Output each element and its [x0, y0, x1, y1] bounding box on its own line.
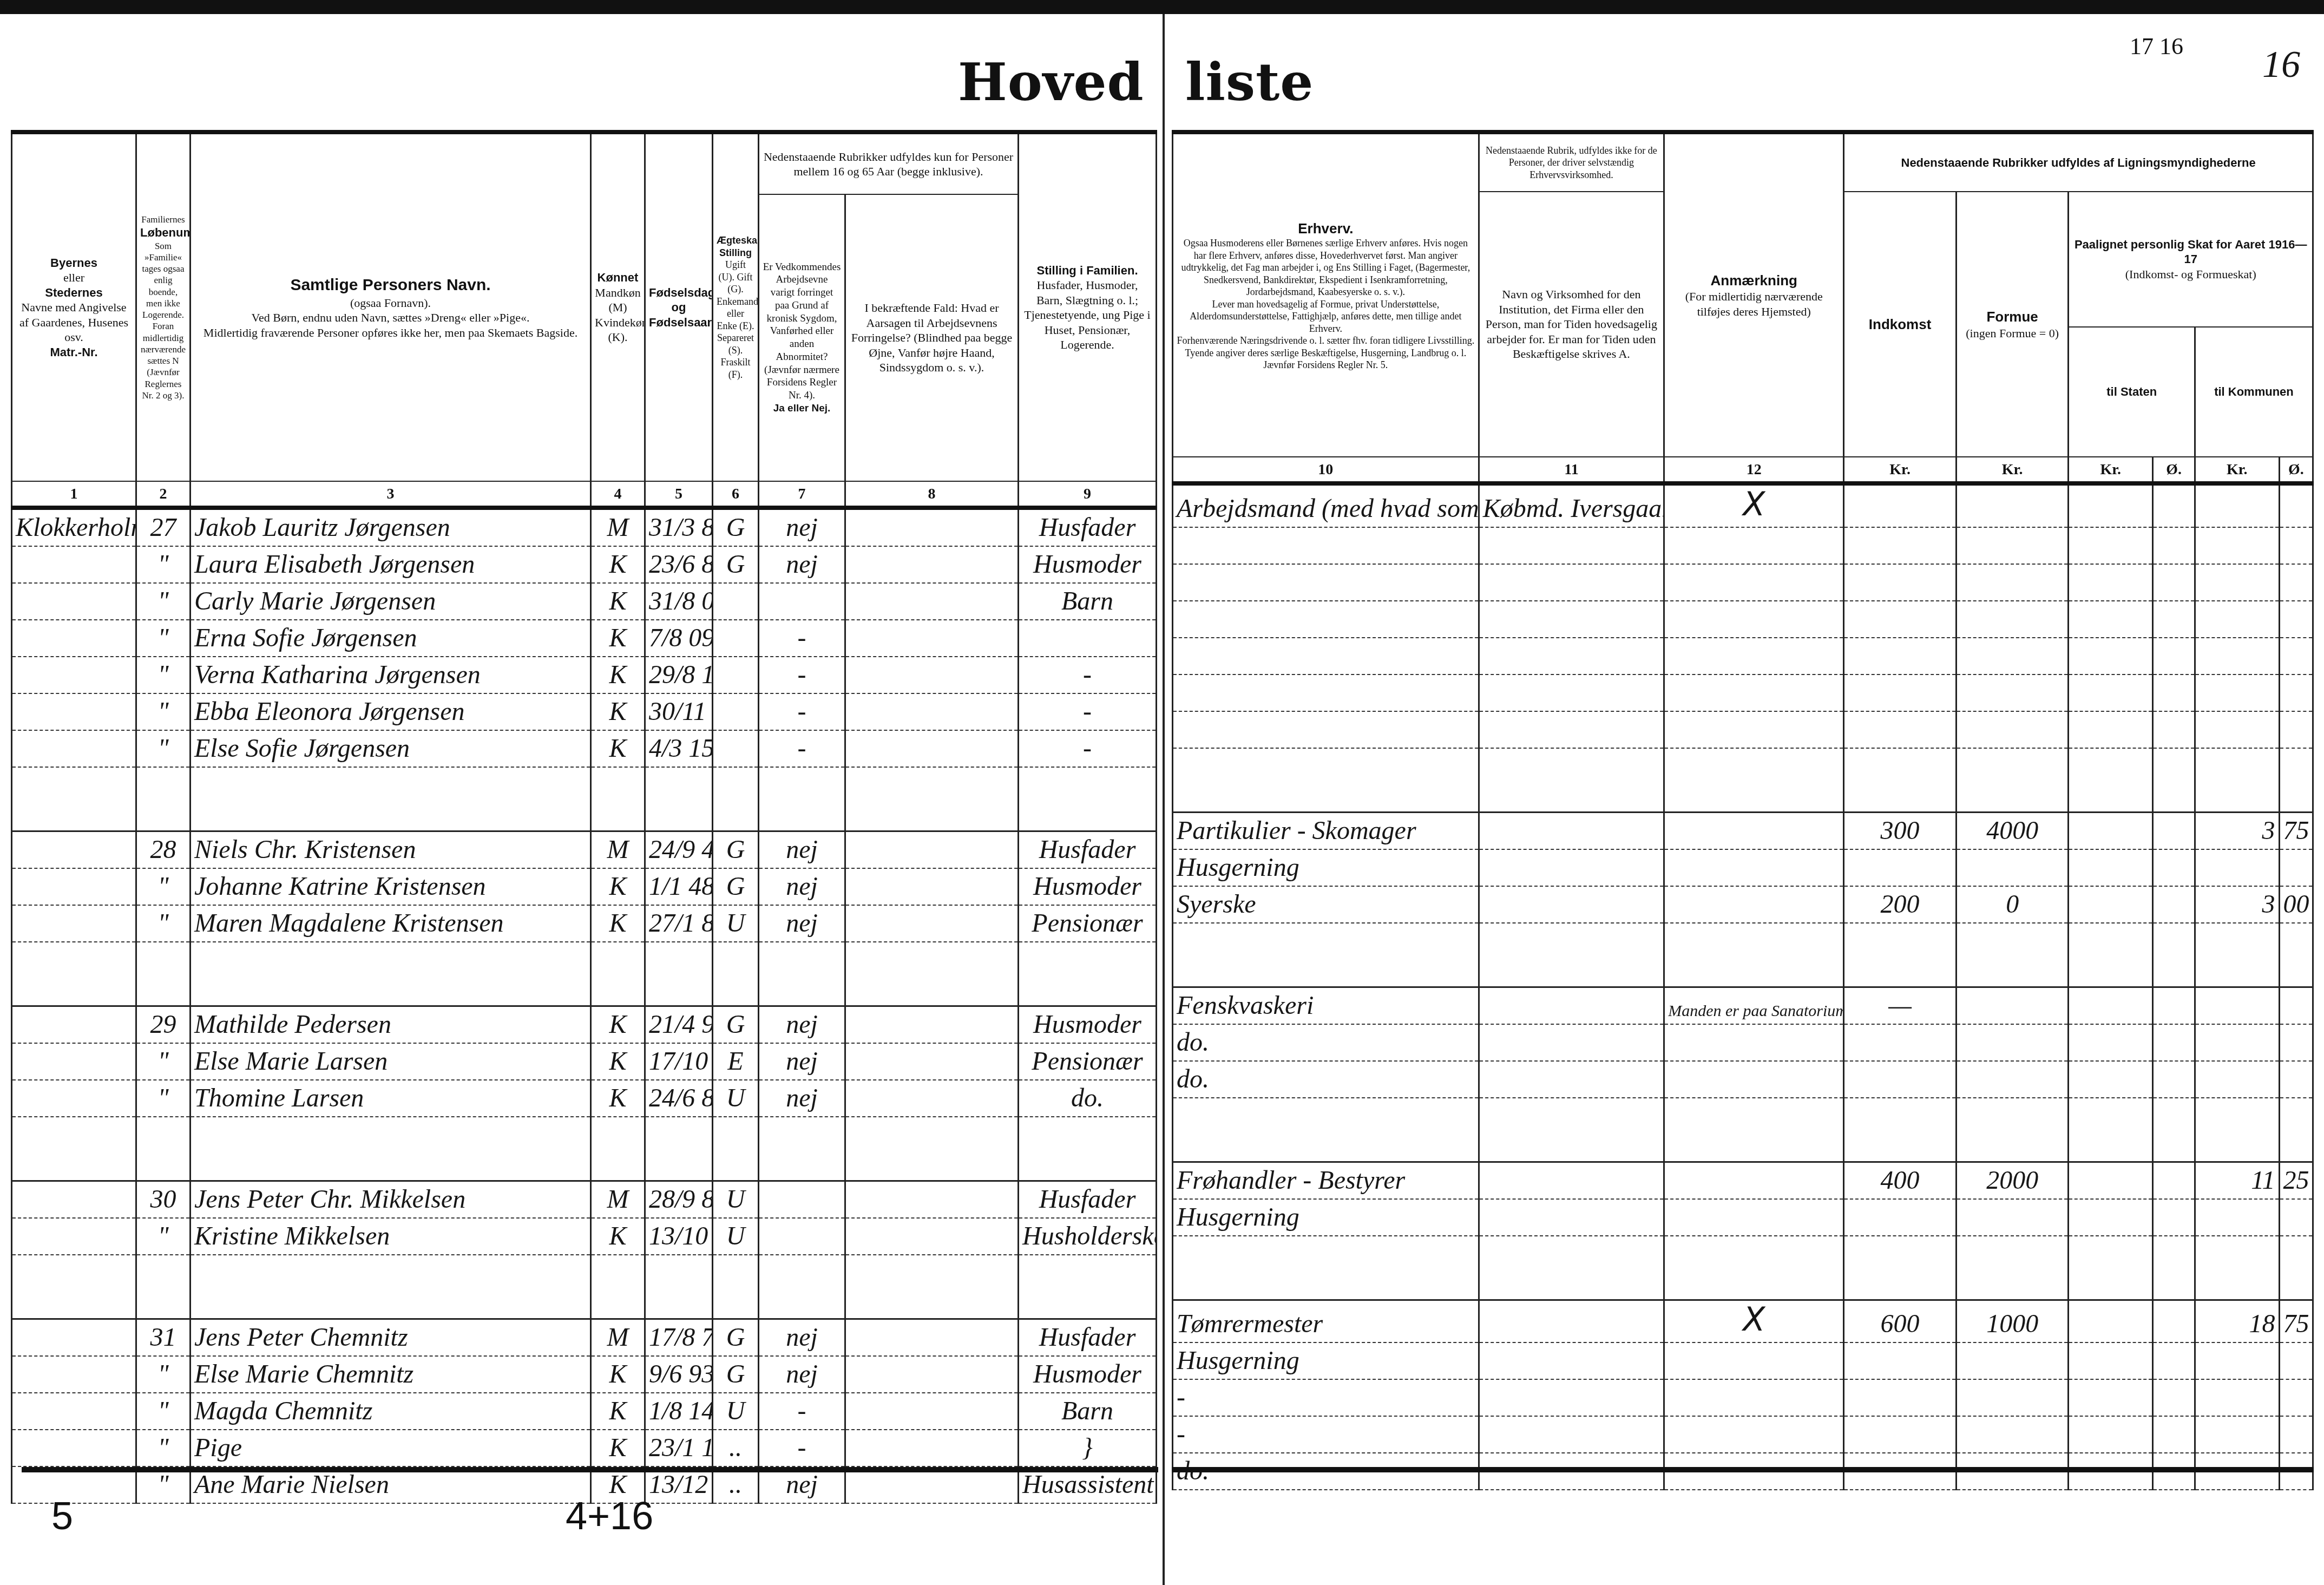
wealth-cell	[1956, 564, 2069, 601]
tax-state-ore-cell	[2153, 813, 2195, 850]
impairment-cause-cell	[845, 1393, 1019, 1430]
work-impaired-cell: -	[759, 657, 845, 693]
sex-cell: K	[591, 1043, 645, 1080]
wealth-cell: 0	[1956, 886, 2069, 923]
blank-cell	[845, 767, 1019, 831]
employer-cell	[1479, 674, 1664, 711]
name-cell: Maren Magdalene Kristensen	[191, 905, 591, 942]
place-cell	[12, 657, 136, 693]
family-number-cell: "	[136, 1218, 191, 1255]
tax-state-ore-cell	[2153, 483, 2195, 527]
tax-municipality-kr-cell	[2195, 674, 2279, 711]
blank-cell	[2195, 1236, 2279, 1300]
tax-state-ore-cell	[2153, 1024, 2195, 1061]
family-number-cell: "	[136, 1430, 191, 1466]
place-cell	[12, 1356, 136, 1393]
tax-state-kr-cell	[2069, 527, 2153, 564]
blank-cell	[136, 767, 191, 831]
birthdate-cell: 23/6 87	[645, 546, 713, 583]
column-number: 10	[1173, 457, 1479, 483]
blank-cell	[2069, 1236, 2153, 1300]
blank-cell	[1956, 1236, 2069, 1300]
tax-state-kr-cell	[2069, 483, 2153, 527]
income-cell	[1844, 527, 1957, 564]
occupation-cell: Arbejdsmand (med hvad som helst)	[1173, 483, 1479, 527]
family-position-cell: }	[1019, 1430, 1157, 1466]
tax-municipality-kr-cell	[2195, 527, 2279, 564]
table-row: do.	[1173, 1061, 2313, 1098]
occupation-cell: Frøhandler - Bestyrer	[1173, 1162, 1479, 1200]
unit-kr: Kr.	[2069, 457, 2153, 483]
employer-cell	[1479, 1300, 1664, 1343]
tax-municipality-ore-cell	[2279, 527, 2313, 564]
marital-status-cell	[713, 657, 759, 693]
tax-state-ore-cell	[2153, 886, 2195, 923]
impairment-cause-cell	[845, 620, 1019, 657]
remark-cell	[1664, 1379, 1844, 1416]
tax-state-ore-cell	[2153, 638, 2195, 674]
blank-cell	[136, 942, 191, 1006]
sex-cell: K	[591, 546, 645, 583]
place-cell	[12, 868, 136, 905]
wealth-cell	[1956, 1061, 2069, 1098]
header-tax-municipality: til Kommunen	[2195, 327, 2313, 457]
column-number: 8	[845, 481, 1019, 508]
table-row: "Erna Sofie JørgensenK7/8 09-	[12, 620, 1157, 657]
blank-cell	[2279, 923, 2313, 987]
marital-status-cell: U	[713, 1181, 759, 1219]
name-cell: Niels Chr. Kristensen	[191, 831, 591, 869]
tax-municipality-kr-cell	[2195, 1416, 2279, 1453]
occupation-cell	[1173, 527, 1479, 564]
blank-cell	[759, 942, 845, 1006]
blank-cell	[759, 1255, 845, 1319]
tax-municipality-ore-cell: 00	[2279, 886, 2313, 923]
family-position-cell: Pensionær	[1019, 905, 1157, 942]
tax-state-ore-cell	[2153, 1300, 2195, 1343]
tax-municipality-kr-cell: 3	[2195, 813, 2279, 850]
employer-cell	[1479, 1416, 1664, 1453]
income-cell	[1844, 564, 1957, 601]
tax-state-kr-cell	[2069, 1416, 2153, 1453]
work-impaired-cell	[759, 1218, 845, 1255]
table-row	[1173, 674, 2313, 711]
sex-cell: K	[591, 1006, 645, 1044]
blank-cell	[1664, 748, 1844, 813]
marital-status-cell: G	[713, 868, 759, 905]
family-number-cell: "	[136, 657, 191, 693]
birthdate-cell: 17/8 79	[645, 1319, 713, 1357]
tax-municipality-kr-cell	[2195, 1379, 2279, 1416]
blank-row	[1173, 1098, 2313, 1162]
occupation-cell: Husgerning	[1173, 1199, 1479, 1236]
birthdate-cell: 13/10 58	[645, 1218, 713, 1255]
blank-cell	[845, 1117, 1019, 1181]
tax-state-kr-cell	[2069, 987, 2153, 1025]
wealth-cell	[1956, 1342, 2069, 1379]
occupation-cell: do.	[1173, 1024, 1479, 1061]
blank-cell	[1019, 1117, 1157, 1181]
tax-municipality-kr-cell	[2195, 711, 2279, 748]
remark-cell: X	[1664, 483, 1844, 527]
employer-cell	[1479, 564, 1664, 601]
table-row: "Else Marie ChemnitzK9/6 93GnejHusmoder	[12, 1356, 1157, 1393]
blank-cell	[591, 1117, 645, 1181]
tax-municipality-kr-cell	[2195, 638, 2279, 674]
occupation-cell	[1173, 564, 1479, 601]
footer-sheet-number: 5	[51, 1494, 73, 1538]
header-place: Byernes eller Stedernes Navne med Angive…	[12, 132, 136, 481]
remark-cell	[1664, 886, 1844, 923]
tax-state-ore-cell	[2153, 527, 2195, 564]
table-row: TømrermesterX60010001875	[1173, 1300, 2313, 1343]
sex-cell: K	[591, 1430, 645, 1466]
place-cell	[12, 831, 136, 869]
blank-cell	[1019, 767, 1157, 831]
place-cell	[12, 693, 136, 730]
family-position-cell: -	[1019, 693, 1157, 730]
income-cell	[1844, 674, 1957, 711]
wealth-cell: 1000	[1956, 1300, 2069, 1343]
work-impaired-cell: nej	[759, 546, 845, 583]
income-cell: 300	[1844, 813, 1957, 850]
name-cell: Else Marie Chemnitz	[191, 1356, 591, 1393]
blank-cell	[845, 1255, 1019, 1319]
remark-cell	[1664, 638, 1844, 674]
blank-cell	[2153, 1098, 2195, 1162]
blank-cell	[759, 767, 845, 831]
impairment-cause-cell	[845, 1430, 1019, 1466]
tax-municipality-ore-cell	[2279, 1199, 2313, 1236]
place-cell	[12, 1393, 136, 1430]
income-cell	[1844, 601, 1957, 638]
family-number-cell: "	[136, 1356, 191, 1393]
income-cell: 200	[1844, 886, 1957, 923]
table-row	[1173, 711, 2313, 748]
blank-cell	[1479, 1236, 1664, 1300]
table-row: "Verna Katharina JørgensenK29/8 11--	[12, 657, 1157, 693]
tax-state-kr-cell	[2069, 813, 2153, 850]
unit-ore: Ø.	[2279, 457, 2313, 483]
blank-cell	[1479, 1098, 1664, 1162]
family-number-cell: 29	[136, 1006, 191, 1044]
occupation-cell: Syerske	[1173, 886, 1479, 923]
tax-municipality-kr-cell	[2195, 601, 2279, 638]
blank-cell	[591, 1255, 645, 1319]
impairment-cause-cell	[845, 1181, 1019, 1219]
place-cell	[12, 546, 136, 583]
income-cell	[1844, 1199, 1957, 1236]
remark-cell	[1664, 1162, 1844, 1200]
occupation-cell	[1173, 711, 1479, 748]
blank-cell	[2153, 923, 2195, 987]
family-number-cell: "	[136, 1080, 191, 1117]
employer-cell: Købmd. Iversgaard Klokkerholm	[1479, 483, 1664, 527]
work-impaired-cell	[759, 583, 845, 620]
place-cell	[12, 1043, 136, 1080]
marital-status-cell: U	[713, 1393, 759, 1430]
wealth-cell	[1956, 849, 2069, 886]
impairment-cause-cell	[845, 831, 1019, 869]
tax-state-ore-cell	[2153, 1061, 2195, 1098]
name-cell: Mathilde Pedersen	[191, 1006, 591, 1044]
remark-cell: Manden er paa Sanatorium	[1664, 987, 1844, 1025]
blank-cell	[713, 767, 759, 831]
marital-status-cell: U	[713, 1218, 759, 1255]
blank-cell	[2153, 1236, 2195, 1300]
marital-status-cell	[713, 693, 759, 730]
remark-cell	[1664, 1061, 1844, 1098]
birthdate-cell: 30/11 13	[645, 693, 713, 730]
table-row: "Else Marie LarsenK17/10 61EnejPensionær	[12, 1043, 1157, 1080]
wealth-cell	[1956, 1379, 2069, 1416]
sex-cell: K	[591, 620, 645, 657]
family-position-cell: Husmoder	[1019, 546, 1157, 583]
blank-cell	[1664, 923, 1844, 987]
wealth-cell	[1956, 1416, 2069, 1453]
employer-cell	[1479, 638, 1664, 674]
title-liste: liste	[1185, 51, 1314, 113]
blank-cell	[1479, 923, 1664, 987]
blank-cell	[12, 942, 136, 1006]
header-group-16-65: Nedenstaaende Rubrikker udfyldes kun for…	[759, 132, 1019, 194]
tax-municipality-ore-cell	[2279, 987, 2313, 1025]
blank-cell	[2195, 923, 2279, 987]
remark-cell	[1664, 674, 1844, 711]
family-number-cell: 30	[136, 1181, 191, 1219]
remark-cell	[1664, 564, 1844, 601]
blank-row	[12, 767, 1157, 831]
header-income: Indkomst	[1844, 192, 1957, 457]
blank-row	[1173, 1236, 2313, 1300]
tax-municipality-ore-cell	[2279, 1342, 2313, 1379]
tax-state-kr-cell	[2069, 1379, 2153, 1416]
wealth-cell: 4000	[1956, 813, 2069, 850]
work-impaired-cell: -	[759, 1393, 845, 1430]
sex-cell: K	[591, 1218, 645, 1255]
work-impaired-cell: nej	[759, 508, 845, 546]
name-cell: Pige	[191, 1430, 591, 1466]
blank-cell	[2069, 923, 2153, 987]
name-cell: Laura Elisabeth Jørgensen	[191, 546, 591, 583]
table-row: "Kristine MikkelsenK13/10 58UHusholdersk…	[12, 1218, 1157, 1255]
header-assessed-tax: Paalignet personlig Skat for Aaret 1916—…	[2069, 192, 2313, 327]
family-number-cell: "	[136, 905, 191, 942]
blank-cell	[1844, 923, 1957, 987]
tax-state-kr-cell	[2069, 1024, 2153, 1061]
impairment-cause-cell	[845, 583, 1019, 620]
occupation-cell	[1173, 638, 1479, 674]
wealth-cell	[1956, 601, 2069, 638]
place-cell	[12, 1319, 136, 1357]
remark-cell	[1664, 711, 1844, 748]
marital-status-cell: G	[713, 508, 759, 546]
blank-cell	[2279, 1098, 2313, 1162]
work-impaired-cell: -	[759, 620, 845, 657]
occupation-cell	[1173, 601, 1479, 638]
name-cell: Johanne Katrine Kristensen	[191, 868, 591, 905]
blank-cell	[136, 1117, 191, 1181]
place-cell	[12, 1218, 136, 1255]
occupation-cell: -	[1173, 1379, 1479, 1416]
column-number: 2	[136, 481, 191, 508]
family-number-cell: 28	[136, 831, 191, 869]
blank-cell	[645, 1117, 713, 1181]
marital-status-cell	[713, 583, 759, 620]
header-names: Samtlige Personers Navn. (ogsaa Fornavn)…	[191, 132, 591, 481]
impairment-cause-cell	[845, 1080, 1019, 1117]
tax-state-ore-cell	[2153, 601, 2195, 638]
family-position-cell: Husmoder	[1019, 1356, 1157, 1393]
family-position-cell: Husmoder	[1019, 1006, 1157, 1044]
place-cell	[12, 583, 136, 620]
tax-state-kr-cell	[2069, 1199, 2153, 1236]
work-impaired-cell: -	[759, 693, 845, 730]
header-group-tax-authorities: Nedenstaaende Rubrikker udfyldes af Lign…	[1844, 132, 2313, 192]
employer-cell	[1479, 1024, 1664, 1061]
name-cell: Carly Marie Jørgensen	[191, 583, 591, 620]
tax-municipality-kr-cell	[2195, 1342, 2279, 1379]
income-cell: —	[1844, 987, 1957, 1025]
header-impairment-cause: I bekræftende Fald: Hvad er Aarsagen til…	[845, 194, 1019, 481]
blank-cell	[645, 1255, 713, 1319]
remark-cell: X	[1664, 1300, 1844, 1343]
table-row: Husgerning	[1173, 1199, 2313, 1236]
census-table-right: Erhverv. Ogsaa Husmoderens eller Børnene…	[1172, 130, 2314, 1490]
place-cell	[12, 1080, 136, 1117]
tax-state-ore-cell	[2153, 674, 2195, 711]
wealth-cell	[1956, 674, 2069, 711]
work-impaired-cell: nej	[759, 831, 845, 869]
blank-cell	[2195, 1098, 2279, 1162]
occupation-cell: Tømrermester	[1173, 1300, 1479, 1343]
blank-cell	[1956, 1098, 2069, 1162]
blank-cell	[1844, 748, 1957, 813]
blank-cell	[645, 767, 713, 831]
tax-state-ore-cell	[2153, 1379, 2195, 1416]
birthdate-cell: 9/6 93	[645, 1356, 713, 1393]
birthdate-cell: 31/3 81	[645, 508, 713, 546]
footer-person-count: 4+16	[566, 1494, 653, 1538]
table-row	[1173, 638, 2313, 674]
birthdate-cell: 4/3 15	[645, 730, 713, 767]
table-row: 29Mathilde PedersenK21/4 92GnejHusmoder	[12, 1006, 1157, 1044]
marital-status-cell: U	[713, 1080, 759, 1117]
sex-cell: M	[591, 1181, 645, 1219]
tax-municipality-ore-cell	[2279, 1379, 2313, 1416]
blank-cell	[1173, 1236, 1479, 1300]
blank-cell	[1173, 1098, 1479, 1162]
blank-cell	[12, 767, 136, 831]
table-row: "Carly Marie JørgensenK31/8 07Barn	[12, 583, 1157, 620]
tax-municipality-ore-cell	[2279, 1061, 2313, 1098]
column-number: 7	[759, 481, 845, 508]
table-row: Husgerning	[1173, 849, 2313, 886]
table-row: 28Niels Chr. KristensenM24/9 45GnejHusfa…	[12, 831, 1157, 869]
blank-cell	[191, 1255, 591, 1319]
family-position-cell: Husholderske	[1019, 1218, 1157, 1255]
table-row: Arbejdsmand (med hvad som helst)Købmd. I…	[1173, 483, 2313, 527]
tax-state-kr-cell	[2069, 886, 2153, 923]
tax-municipality-ore-cell: 75	[2279, 1300, 2313, 1343]
income-cell	[1844, 1416, 1957, 1453]
wealth-cell	[1956, 483, 2069, 527]
unit-kr: Kr.	[2195, 457, 2279, 483]
family-position-cell: -	[1019, 730, 1157, 767]
occupation-cell: Fenskvaskeri	[1173, 987, 1479, 1025]
remark-cell	[1664, 527, 1844, 564]
left-bottom-rule	[22, 1467, 1158, 1472]
table-row: Syerske2000300	[1173, 886, 2313, 923]
family-position-cell: Barn	[1019, 1393, 1157, 1430]
sex-cell: K	[591, 1356, 645, 1393]
marital-status-cell	[713, 620, 759, 657]
sex-cell: M	[591, 508, 645, 546]
table-row: do.	[1173, 1024, 2313, 1061]
table-row: "Laura Elisabeth JørgensenK23/6 87GnejHu…	[12, 546, 1157, 583]
table-row: "Maren Magdalene KristensenK27/1 87UnejP…	[12, 905, 1157, 942]
table-row: Klokkerholm27Jakob Lauritz JørgensenM31/…	[12, 508, 1157, 546]
family-position-cell: Pensionær	[1019, 1043, 1157, 1080]
unit-ore: Ø.	[2153, 457, 2195, 483]
column-number: 5	[645, 481, 713, 508]
employer-cell	[1479, 1162, 1664, 1200]
impairment-cause-cell	[845, 693, 1019, 730]
income-cell	[1844, 1379, 1957, 1416]
blank-cell	[191, 1117, 591, 1181]
table-row: -	[1173, 1379, 2313, 1416]
tax-municipality-kr-cell	[2195, 987, 2279, 1025]
blank-cell	[2279, 1236, 2313, 1300]
tax-state-ore-cell	[2153, 564, 2195, 601]
income-cell	[1844, 483, 1957, 527]
column-number: 3	[191, 481, 591, 508]
remark-cell	[1664, 601, 1844, 638]
work-impaired-cell: nej	[759, 1043, 845, 1080]
wealth-cell	[1956, 1199, 2069, 1236]
column-number: 11	[1479, 457, 1664, 483]
family-position-cell: Barn	[1019, 583, 1157, 620]
blank-cell	[713, 1255, 759, 1319]
table-row: "Johanne Katrine KristensenK1/1 48GnejHu…	[12, 868, 1157, 905]
wealth-cell	[1956, 711, 2069, 748]
blank-cell	[2153, 748, 2195, 813]
table-row: FenskvaskeriManden er paa Sanatorium—	[1173, 987, 2313, 1025]
header-birthdate: Fødselsdag og Fødselsaar.	[645, 132, 713, 481]
family-position-cell: do.	[1019, 1080, 1157, 1117]
impairment-cause-cell	[845, 546, 1019, 583]
blank-row	[1173, 748, 2313, 813]
blank-cell	[1173, 923, 1479, 987]
header-employer: Navn og Virksomhed for den Institution, …	[1479, 192, 1664, 457]
tax-municipality-ore-cell	[2279, 1416, 2313, 1453]
remark-cell	[1664, 1342, 1844, 1379]
tax-municipality-kr-cell	[2195, 483, 2279, 527]
place-cell	[12, 620, 136, 657]
sex-cell: M	[591, 831, 645, 869]
tax-municipality-ore-cell	[2279, 483, 2313, 527]
impairment-cause-cell	[845, 1006, 1019, 1044]
occupation-cell	[1173, 674, 1479, 711]
table-row: Partikulier - Skomager3004000375	[1173, 813, 2313, 850]
family-number-cell: "	[136, 693, 191, 730]
table-row	[1173, 564, 2313, 601]
marital-status-cell: G	[713, 1356, 759, 1393]
impairment-cause-cell	[845, 508, 1019, 546]
table-row: "Thomine LarsenK24/6 86Unejdo.	[12, 1080, 1157, 1117]
remark-cell	[1664, 1199, 1844, 1236]
blank-cell	[1479, 748, 1664, 813]
